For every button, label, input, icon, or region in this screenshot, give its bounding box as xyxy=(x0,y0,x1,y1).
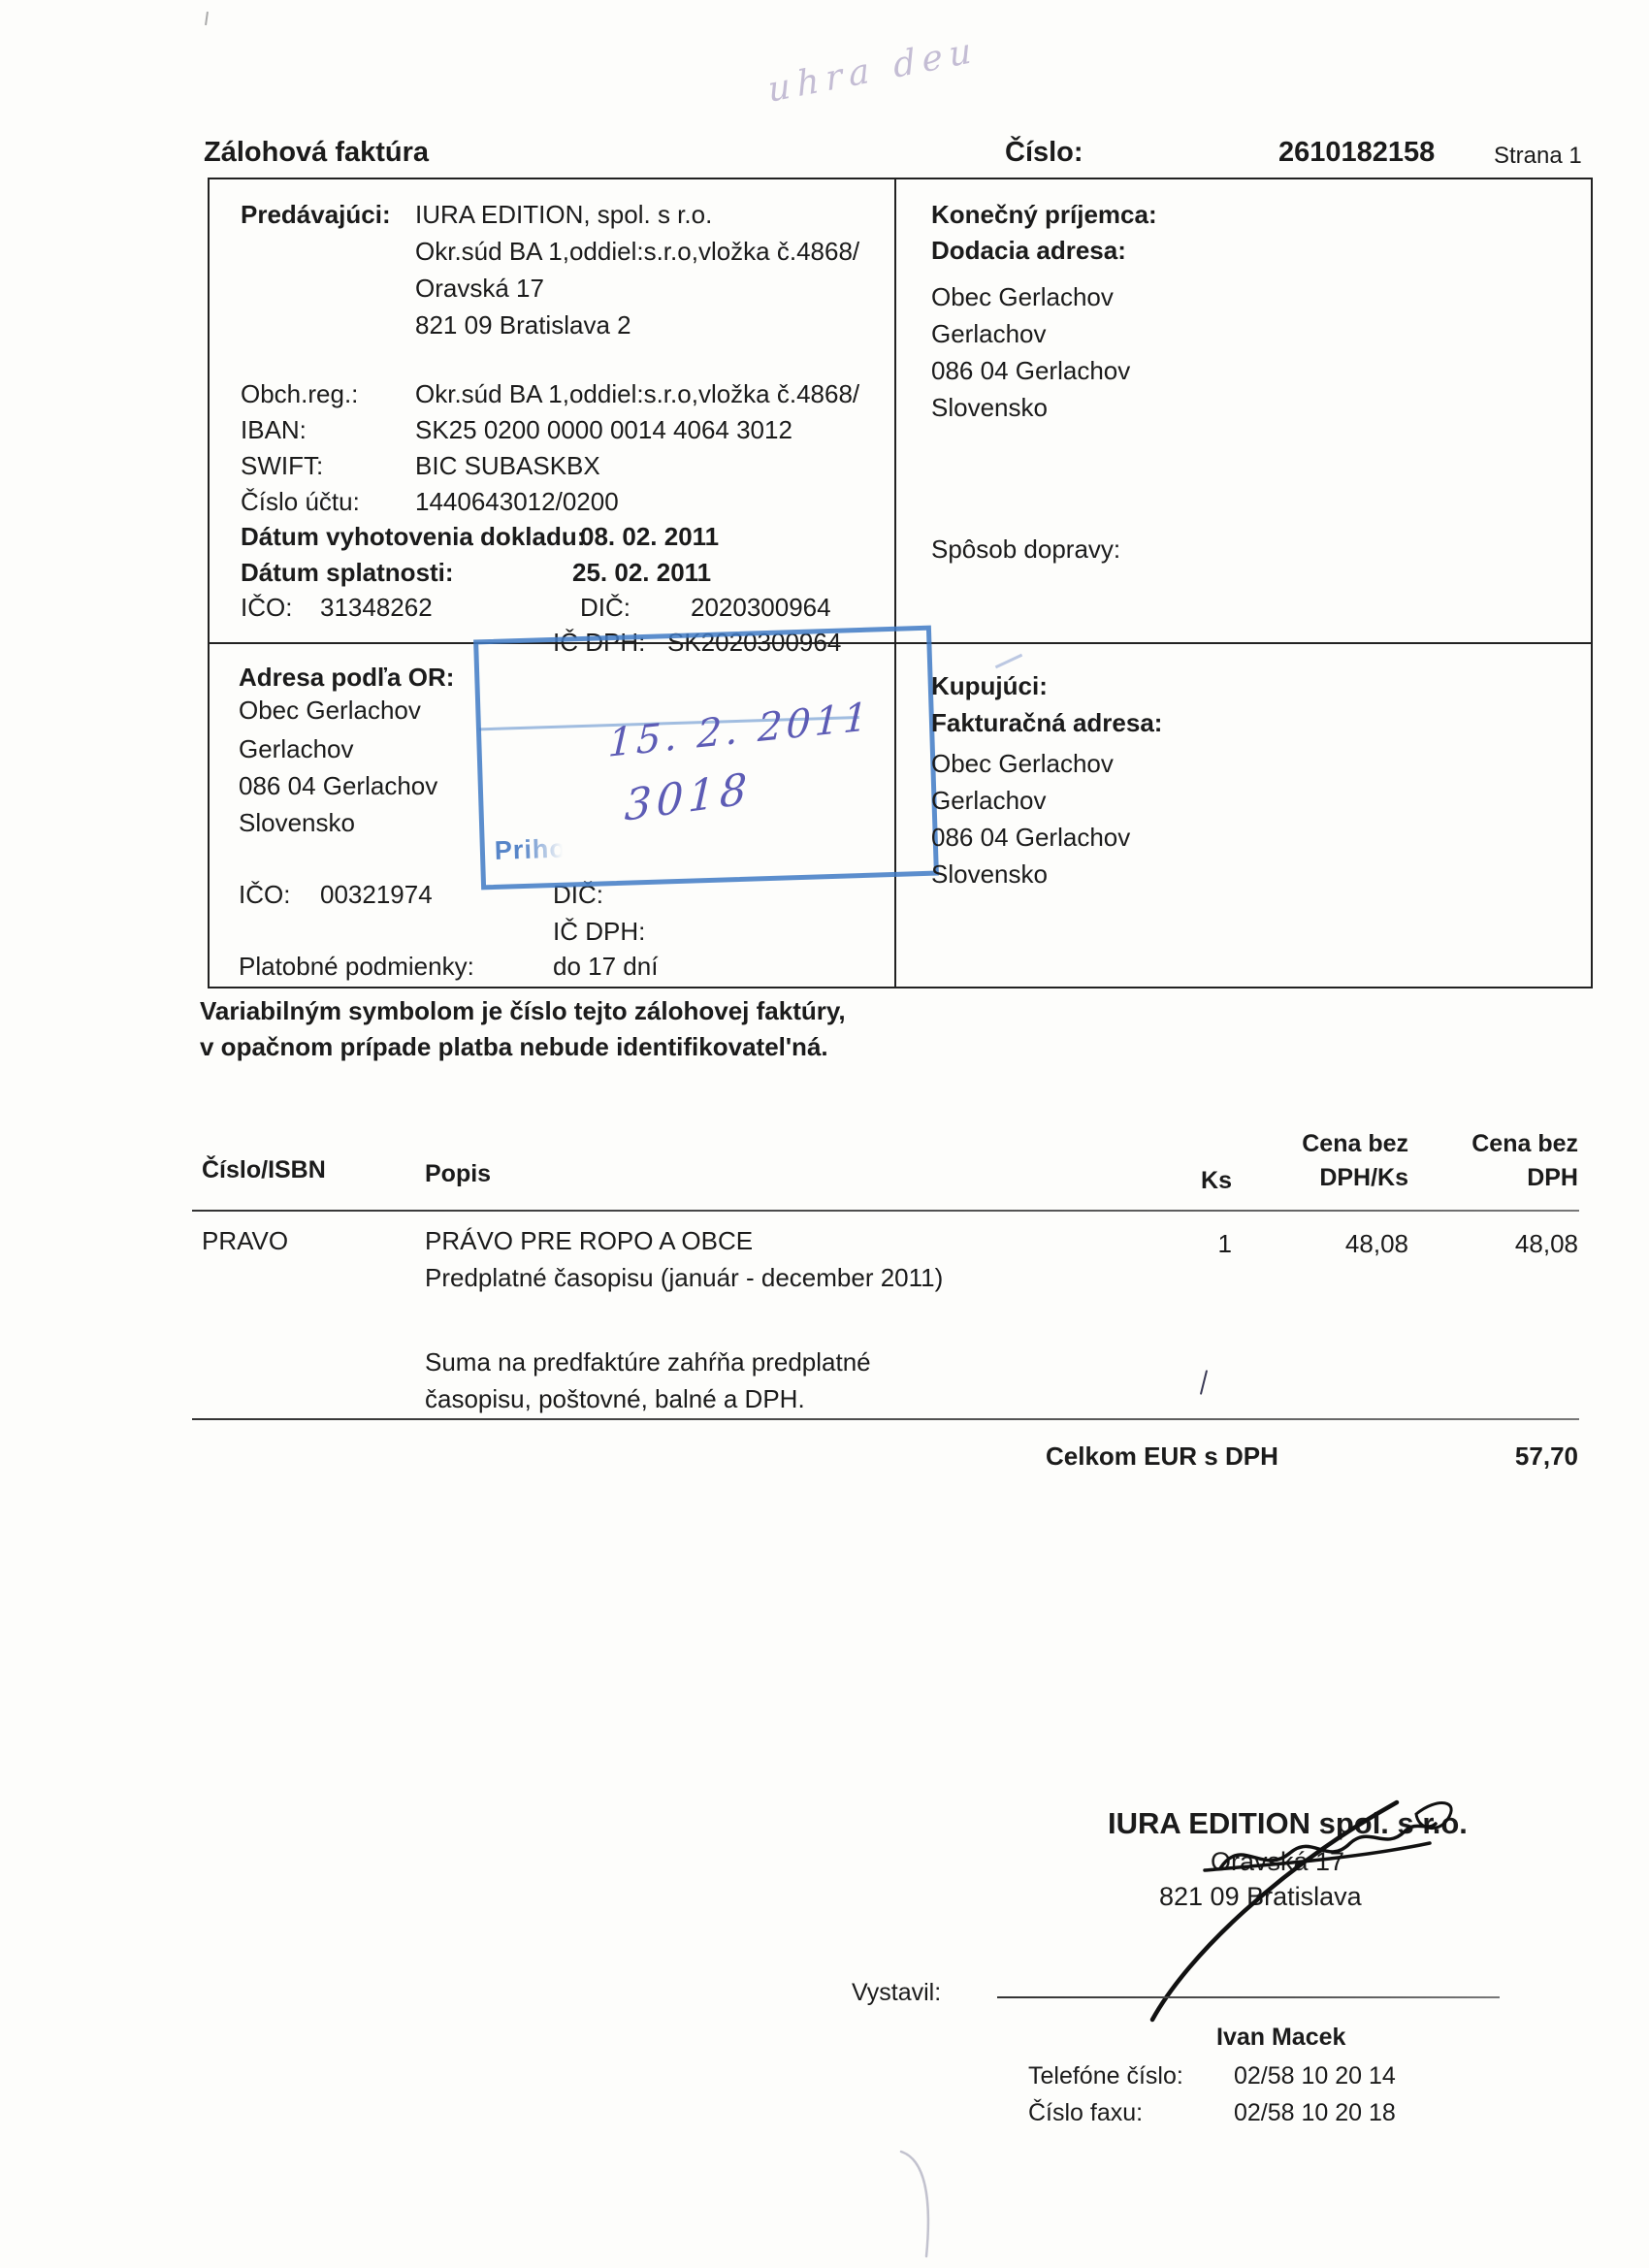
delivery-address-label: Dodacia adresa: xyxy=(931,237,1126,266)
issue-date-label: Dátum vyhotovenia dokladu: xyxy=(241,523,585,552)
payment-terms-label: Platobné podmienky: xyxy=(239,953,474,982)
box-border-left xyxy=(208,178,210,988)
iban-value: SK25 0200 0000 0014 4064 3012 xyxy=(415,416,792,445)
col-header-description: Popis xyxy=(425,1160,491,1188)
phone-label: Telefóne číslo: xyxy=(1028,2062,1183,2090)
delivery-line: Gerlachov xyxy=(931,320,1047,349)
seller-registry-line: Okr.súd BA 1,oddiel:s.r.o,vložka č.4868/ xyxy=(415,238,859,267)
top-handwriting-annotation: uhra deu xyxy=(766,30,980,111)
due-date-value: 25. 02. 2011 xyxy=(572,559,711,588)
issued-by-label: Vystavil: xyxy=(852,1979,941,2007)
seller-dic-value: 2020300964 xyxy=(691,594,831,623)
billing-line: Obec Gerlachov xyxy=(931,750,1114,779)
fax-value: 02/58 10 20 18 xyxy=(1234,2099,1396,2127)
or-address-line: 086 04 Gerlachov xyxy=(239,772,437,801)
scan-speck xyxy=(205,12,209,25)
or-address-line: Gerlachov xyxy=(239,735,354,764)
account-value: 1440643012/0200 xyxy=(415,488,619,517)
stamp-ink-smudge xyxy=(995,654,1022,668)
box-border-bottom xyxy=(208,987,1593,988)
issued-by-rule xyxy=(997,1996,1500,1998)
seller-name: IURA EDITION, spol. s r.o. xyxy=(415,201,712,230)
pen-tick-mark xyxy=(1200,1370,1208,1395)
col-header-unit-price-1: Cena bez xyxy=(1214,1130,1408,1158)
stray-pen-mark xyxy=(888,2146,946,2262)
seller-label: Predávajúci: xyxy=(241,201,391,230)
buyer-ico-label: IČO: xyxy=(239,881,290,910)
buyer-label: Kupujúci: xyxy=(931,672,1048,701)
col-header-total-1: Cena bez xyxy=(1384,1130,1578,1158)
final-recipient-label: Konečný príjemca: xyxy=(931,201,1157,230)
billing-address-label: Fakturačná adresa: xyxy=(931,709,1162,738)
invoice-scan-page: uhra deu Zálohová faktúra Číslo: 2610182… xyxy=(0,0,1649,2268)
or-address-line: Slovensko xyxy=(239,809,355,838)
payment-terms-value: do 17 dní xyxy=(553,953,658,982)
swift-label: SWIFT: xyxy=(241,452,323,481)
registry-value: Okr.súd BA 1,oddiel:s.r.o,vložka č.4868/ xyxy=(415,380,859,409)
seller-dic-label: DIČ: xyxy=(580,594,630,623)
due-date-label: Dátum splatnosti: xyxy=(241,559,454,588)
swift-value: BIC SUBASKBX xyxy=(415,452,600,481)
table-header-rule xyxy=(192,1210,1579,1212)
item-code: PRAVO xyxy=(202,1227,288,1256)
billing-line: Gerlachov xyxy=(931,787,1047,816)
delivery-line: 086 04 Gerlachov xyxy=(931,357,1130,386)
grand-total-value: 57,70 xyxy=(1384,1442,1578,1472)
item-unit-price: 48,08 xyxy=(1214,1230,1408,1259)
iban-label: IBAN: xyxy=(241,416,307,445)
stamp-printed-word: Priho xyxy=(494,834,566,866)
phone-value: 02/58 10 20 14 xyxy=(1234,2062,1396,2090)
issued-by-name: Ivan Macek xyxy=(1216,2024,1345,2052)
stamp-handwritten-number: 3018 xyxy=(624,764,753,831)
transport-label: Spôsob dopravy: xyxy=(931,535,1120,565)
delivery-line: Obec Gerlachov xyxy=(931,283,1114,312)
issue-date-value: 08. 02. 2011 xyxy=(580,523,719,552)
stamp-handwritten-date: 15. 2. 2011 xyxy=(607,695,872,766)
signature xyxy=(1096,1775,1562,2027)
or-address-line: Obec Gerlachov xyxy=(239,697,421,726)
or-address-label: Adresa podľa OR: xyxy=(239,664,454,693)
col-header-unit-price-2: DPH/Ks xyxy=(1214,1164,1408,1192)
variable-symbol-note-line1: Variabilným symbolom je číslo tejto zálo… xyxy=(200,997,846,1026)
billing-line: Slovensko xyxy=(931,860,1048,890)
total-rule xyxy=(192,1418,1579,1420)
item-note-line1: Suma na predfaktúre zahŕňa predplatné xyxy=(425,1348,871,1377)
col-header-code: Číslo/ISBN xyxy=(202,1156,326,1184)
buyer-icdph-label: IČ DPH: xyxy=(553,918,645,947)
delivery-line: Slovensko xyxy=(931,394,1048,423)
col-header-total-2: DPH xyxy=(1384,1164,1578,1192)
registry-label: Obch.reg.: xyxy=(241,380,358,409)
fax-label: Číslo faxu: xyxy=(1028,2099,1143,2127)
page-indicator: Strana 1 xyxy=(1494,143,1582,170)
grand-total-label: Celkom EUR s DPH xyxy=(1046,1442,1278,1472)
variable-symbol-note-line2: v opačnom prípade platba nebude identifi… xyxy=(200,1033,828,1062)
item-description-line2: Predplatné časopisu (január - december 2… xyxy=(425,1264,943,1293)
billing-line: 086 04 Gerlachov xyxy=(931,824,1130,853)
box-border-right xyxy=(1591,178,1593,988)
document-title: Zálohová faktúra xyxy=(204,137,429,169)
account-label: Číslo účtu: xyxy=(241,488,360,517)
item-total: 48,08 xyxy=(1384,1230,1578,1259)
item-note-line2: časopisu, poštovné, balné a DPH. xyxy=(425,1385,805,1414)
item-description: PRÁVO PRE ROPO A OBCE xyxy=(425,1227,753,1256)
seller-ico-label: IČO: xyxy=(241,594,292,623)
received-stamp: 15. 2. 2011 3018 Priho xyxy=(473,626,939,891)
seller-city: 821 09 Bratislava 2 xyxy=(415,311,631,340)
invoice-number: 2610182158 xyxy=(1278,137,1435,169)
buyer-ico-value: 00321974 xyxy=(320,881,433,910)
seller-street: Oravská 17 xyxy=(415,275,544,304)
seller-ico-value: 31348262 xyxy=(320,594,433,623)
box-border-top xyxy=(208,178,1593,179)
invoice-number-label: Číslo: xyxy=(1005,137,1083,169)
